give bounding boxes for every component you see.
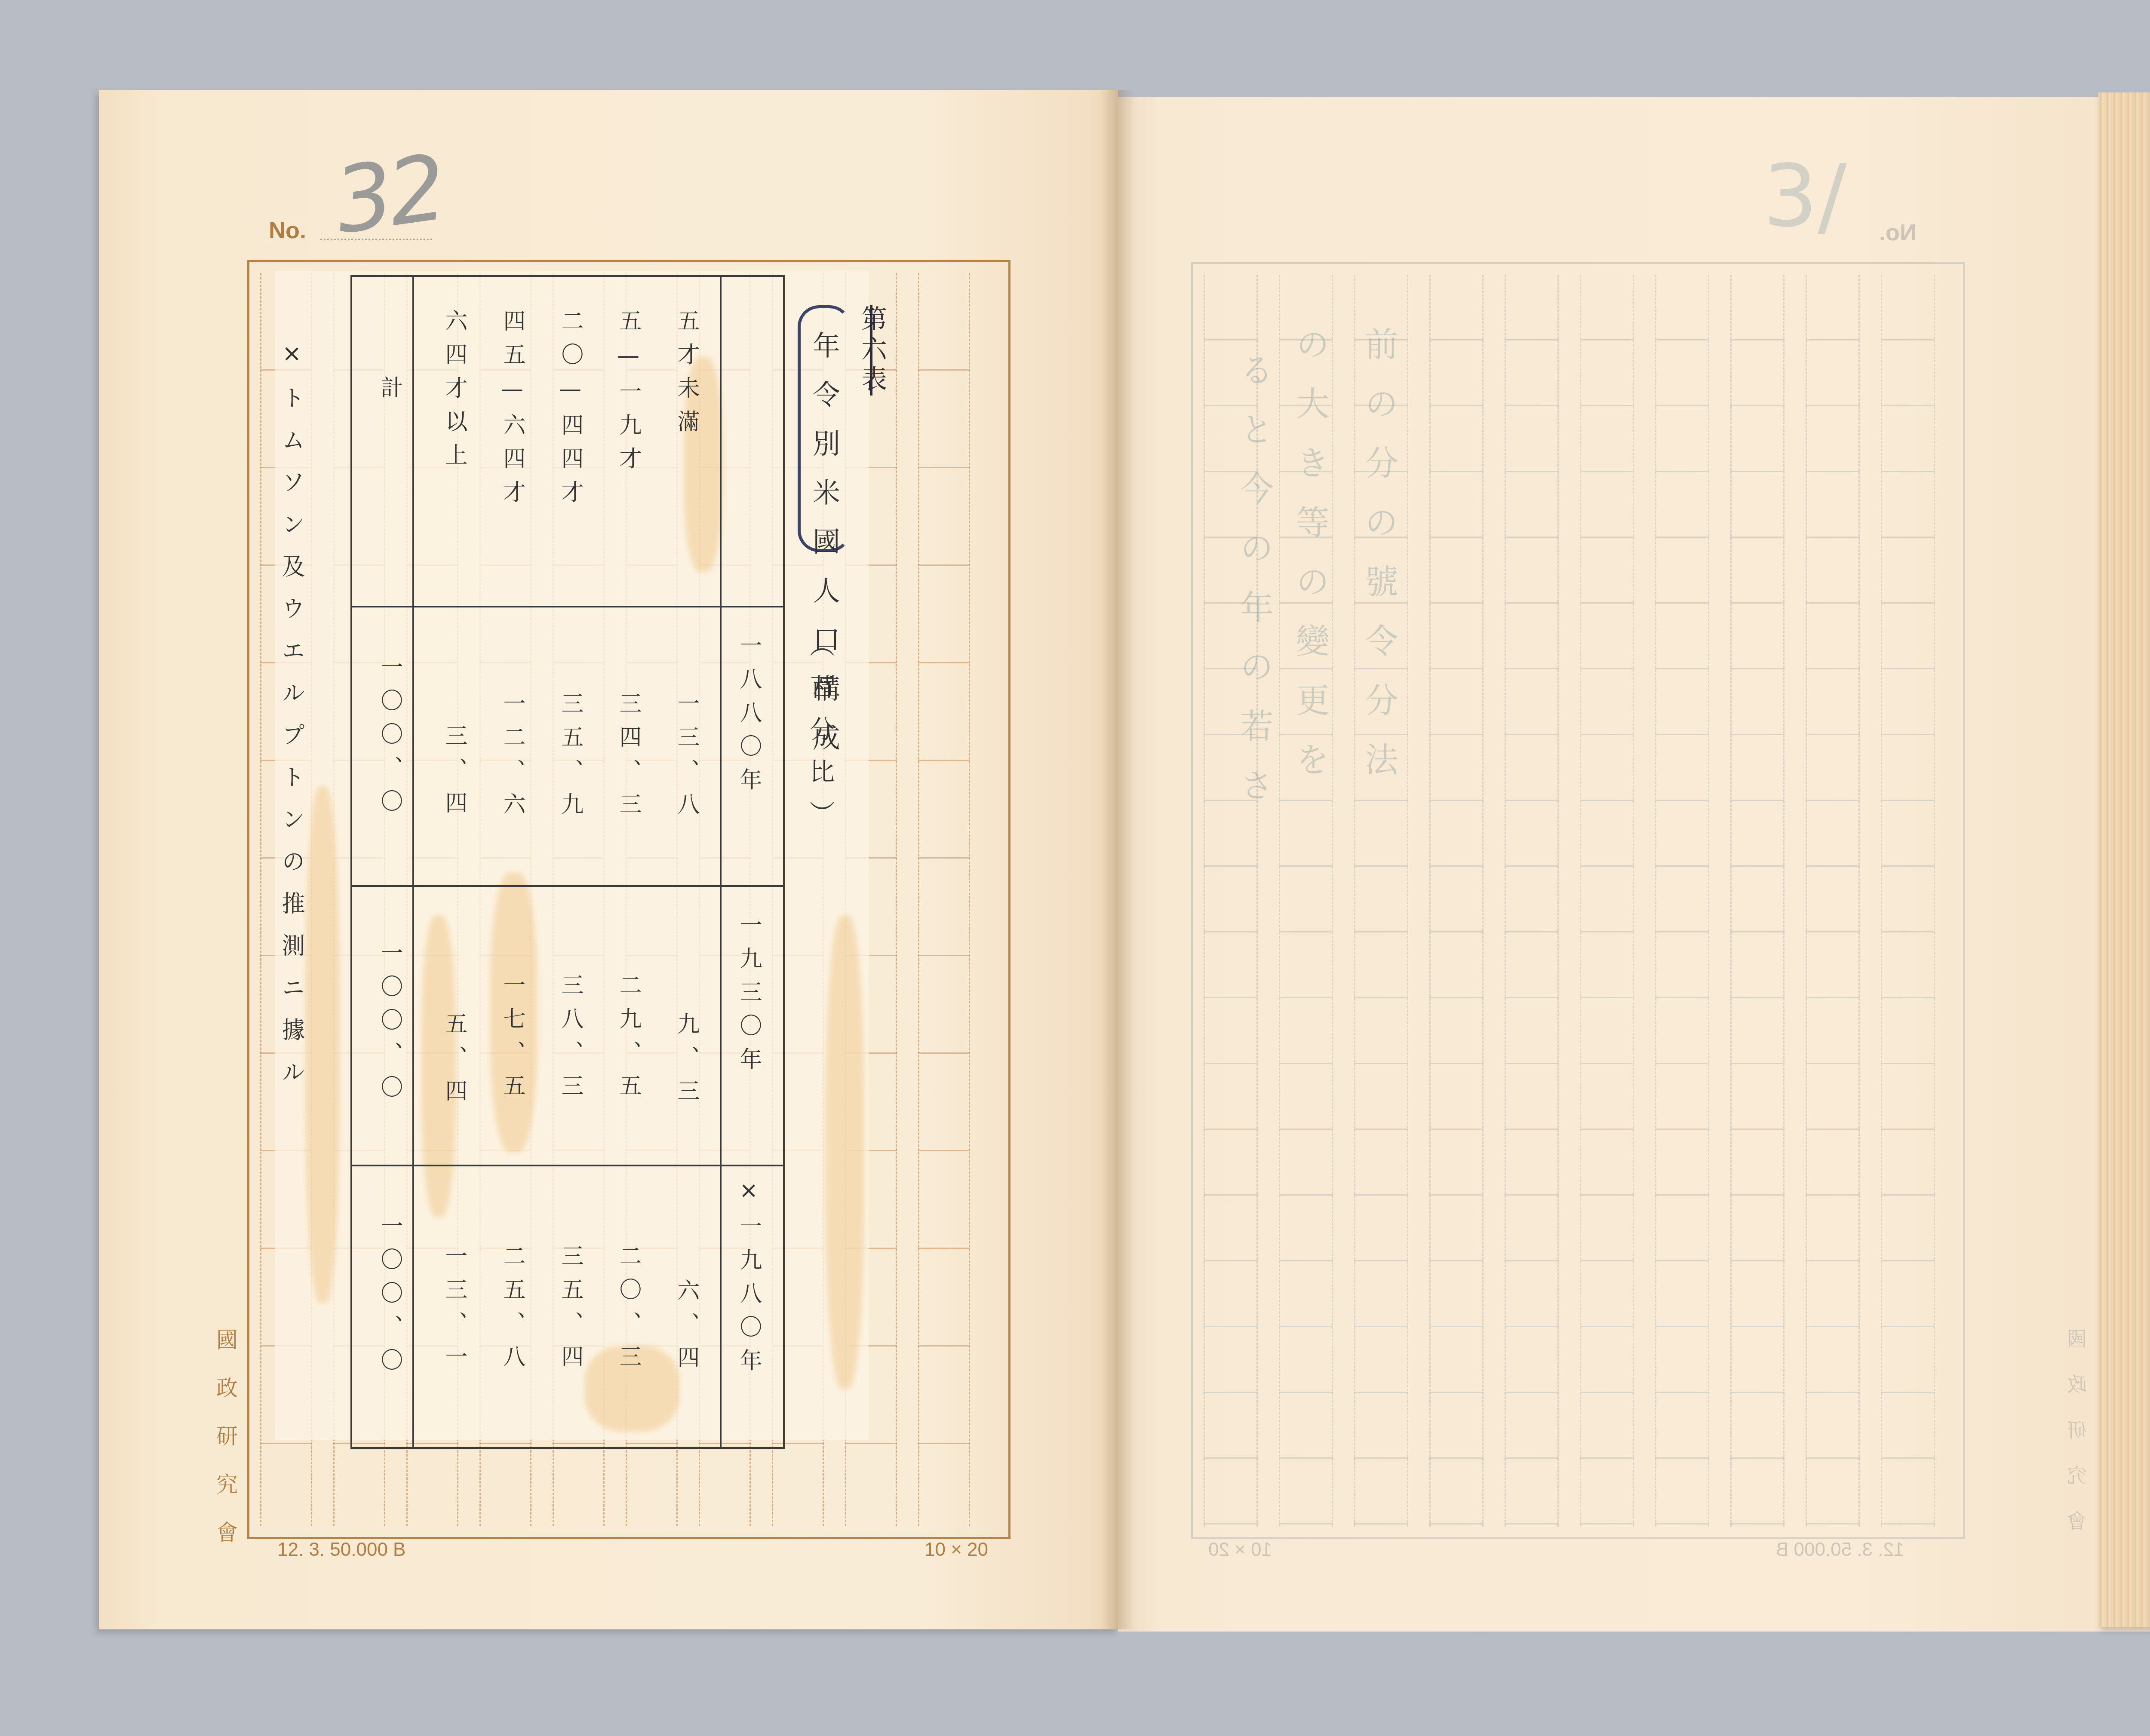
grid-column [1429,275,1483,1527]
column-year-1880: 一八八〇年 [733,634,765,801]
value-cell: 一七、五 [496,973,528,1107]
value-cell: 三、四 [438,724,470,825]
grid-size-label: 10 × 20 [924,1539,988,1561]
publisher-imprint: 國政研究會 [211,1328,241,1569]
bleed-through-text: の大き等の變更を [1286,327,1334,801]
grid-column [1655,275,1709,1527]
table-divider [352,1165,783,1166]
bleed-through-text: ると今の年の若さ [1230,353,1278,827]
value-cell: 一三、八 [670,692,703,826]
page-number-label: No. [269,217,306,244]
grid-column [1505,275,1559,1527]
grid-column [1730,275,1784,1527]
value-cell-total: 一〇〇、〇 [374,941,406,1109]
table-number: 第六表 [854,305,891,396]
grid-column [918,273,970,1526]
table-divider [720,277,722,1447]
grid-column [1806,275,1860,1527]
row-label: 五才未滿 [670,309,703,443]
value-cell: 三五、九 [554,692,587,826]
column-year-1980: ×一九八〇年 [733,1178,765,1382]
grid-column [1881,275,1935,1527]
value-cell-total: 一〇〇、〇 [374,655,406,823]
value-cell: 三八、三 [554,973,587,1107]
page-edges-stack [2098,92,2150,1627]
print-code: 12. 3. 50.000 B [277,1539,405,1561]
handwritten-page-number: 32 [329,135,448,254]
value-cell-total: 一〇〇、〇 [374,1214,406,1382]
value-cell: 一三、一 [438,1244,470,1378]
grid-column [1580,275,1634,1527]
print-code-mirrored: 12. 3. 50.000 B [1776,1539,1904,1561]
stain [826,916,864,1389]
value-cell: 三四、三 [612,692,645,826]
table-footnote: ×トムソン及ウエルプトンの推測ニ據ル [275,340,308,1102]
value-cell: 二〇、三 [612,1244,645,1378]
page-number-label-mirrored: No. [1879,219,1917,246]
bleed-through-text: 前の分の號令分法 [1354,327,1403,801]
column-year-1930: 一九三〇年 [733,913,765,1081]
value-cell: 一二、六 [496,692,528,826]
stain [305,787,340,1303]
value-cell: 五、四 [438,1012,470,1113]
row-label: 五—一九才 [612,309,645,480]
row-label: 六四才以上 [438,309,470,477]
table-divider [352,606,783,607]
row-label: 二〇—四四才 [554,309,587,514]
bleed-through-page-number: 3/ [1763,146,1847,246]
population-table: 五才未滿 五—一九才 二〇—四四才 四五—六四才 六四才以上 計 一八八〇年 一… [350,275,785,1449]
row-label-total: 計 [374,376,406,409]
value-cell: 二九、五 [612,973,645,1107]
table-divider [352,885,783,887]
value-cell: 六、四 [670,1279,703,1379]
book-gutter [1101,90,1135,1629]
value-cell: 二五、八 [496,1244,528,1378]
publisher-imprint-mirrored: 國政研究會 [2064,1328,2092,1556]
grid-size-label-mirrored: 10 × 20 [1208,1539,1272,1561]
table-divider [412,277,414,1447]
table-unit: （百分比） [802,632,838,843]
value-cell: 九、三 [670,1012,703,1113]
row-label: 四五—六四才 [496,309,528,514]
value-cell: 三五、四 [554,1244,587,1378]
